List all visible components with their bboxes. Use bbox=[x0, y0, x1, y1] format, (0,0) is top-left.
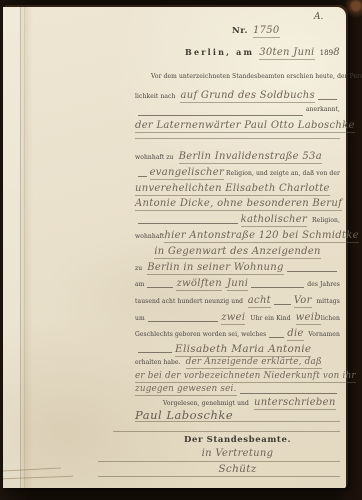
hour-handwritten: zwei bbox=[221, 312, 245, 325]
presence-handwritten: in Gegenwart des Anzeigenden bbox=[154, 246, 321, 259]
residence-handwritten: Berlin Invalidenstraße 53a bbox=[179, 151, 322, 164]
month-handwritten: Juni bbox=[227, 278, 248, 291]
register-page: A. Nr. 1750 Berlin, am 30ten Juni 1898 V… bbox=[3, 7, 346, 488]
anerkannt-row: anerkannt, bbox=[135, 106, 340, 119]
blank-dash bbox=[240, 393, 337, 394]
corner-letter: A. bbox=[314, 12, 323, 22]
religion2-row: katholischer Religion, bbox=[135, 214, 340, 227]
rule-line bbox=[113, 431, 340, 432]
registrar-title: Der Standesbeamte. bbox=[184, 435, 291, 445]
vornamen-printed: Vornamen bbox=[308, 331, 340, 338]
sex-handwritten: weib bbox=[296, 312, 321, 325]
signature-row: Paul Laboschke bbox=[135, 408, 340, 421]
registrar-title-row: Der Standesbeamte. bbox=[135, 435, 340, 448]
presence-row: in Gegenwart des Anzeigenden bbox=[135, 246, 340, 259]
geschlecht-row: Geschlechts geboren worden sei, welches … bbox=[135, 328, 340, 341]
wohnhaft-zu-label: wohnhaft zu bbox=[135, 154, 174, 161]
blank-dash bbox=[269, 337, 284, 338]
birthday-row: am zwölften Juni des Jahres bbox=[135, 278, 340, 291]
note2-handwritten: er bei der vorbezeichneten Niederkunft v… bbox=[135, 371, 356, 383]
residence-row: wohnhaft zu Berlin Invalidenstraße 53a bbox=[135, 151, 340, 164]
closing-printed: Vorgelesen, genehmigt und bbox=[163, 400, 249, 407]
religion2-handwritten: katholischer bbox=[241, 214, 307, 227]
day-handwritten: zwölften bbox=[176, 278, 222, 291]
birthplace-handwritten: Berlin in seiner Wohnung bbox=[147, 262, 283, 275]
meridiem-printed: mittags bbox=[316, 298, 340, 305]
child-name-row: Elisabeth Maria Antonie bbox=[135, 343, 340, 356]
article-handwritten: die bbox=[287, 328, 303, 341]
religion1-printed: Religion, und zeigte an, daß von der bbox=[226, 170, 340, 177]
blank-dash bbox=[138, 352, 172, 353]
religion1-handwritten: evangelischer bbox=[150, 167, 224, 180]
um-label: um bbox=[135, 315, 145, 322]
year-words-printed: tausend acht hundert neunzig und bbox=[135, 298, 243, 305]
mother-residence-row: wohnhaft hier Antonstraße 120 bei Schmid… bbox=[135, 230, 340, 243]
des-jahres-label: des Jahres bbox=[307, 281, 340, 288]
blank-dash bbox=[287, 271, 337, 272]
scanned-register-photo: A. Nr. 1750 Berlin, am 30ten Juni 1898 V… bbox=[0, 0, 362, 500]
blank-dash bbox=[138, 115, 303, 116]
declarant-row: der Laternenwärter Paul Otto Laboschke bbox=[135, 120, 340, 133]
page-edge-line-2 bbox=[24, 7, 25, 488]
date-row: Berlin, am 30ten Juni 1898 bbox=[185, 47, 340, 60]
note-row-2: er bei der vorbezeichneten Niederkunft v… bbox=[135, 371, 340, 384]
geschlechts-printed: Geschlechts geboren worden sei, welches bbox=[135, 331, 266, 338]
religion1-row: evangelischer Religion, und zeigte an, d… bbox=[135, 167, 340, 180]
registrar-signature-row: Schütz bbox=[135, 463, 340, 476]
zu-label: zu bbox=[135, 265, 142, 272]
am-label: am bbox=[135, 281, 144, 288]
corner-mark-row: A. bbox=[314, 12, 334, 25]
mother-name-2-handwritten: Antonie Dicke, ohne besonderen Beruf bbox=[135, 198, 342, 211]
mother-name-1-handwritten: unverehelichten Elisabeth Charlotte bbox=[135, 183, 330, 196]
declarant-signature: Paul Laboschke bbox=[135, 408, 233, 422]
deputy-handwritten: in Vertretung bbox=[202, 448, 274, 459]
uhr-kind-printed: Uhr ein Kind bbox=[250, 315, 290, 322]
anerkannt-label: anerkannt, bbox=[306, 106, 340, 113]
note-row-3: zugegen gewesen sei. bbox=[135, 384, 340, 397]
deputy-row: in Vertretung bbox=[135, 448, 340, 461]
rule-line bbox=[98, 461, 340, 462]
note1-handwritten: der Anzeigende erklärte, daß bbox=[186, 357, 322, 369]
mother-residence-handwritten: hier Antonstraße 120 bei Schmidtke bbox=[164, 230, 358, 243]
wohnhaft-label: wohnhaft bbox=[135, 233, 164, 240]
identification-handwritten: auf Grund des Soldbuchs bbox=[180, 90, 315, 103]
intro-row-1: Vor dem unterzeichneten Standesbeamten e… bbox=[135, 73, 340, 86]
birthhour-row: um zwei Uhr ein Kind weib lichen bbox=[135, 312, 340, 325]
year-printed: 189 bbox=[320, 49, 334, 57]
note-row-1: erhalten habe. der Anzeigende erklärte, … bbox=[135, 357, 340, 370]
intro-line-1: Vor dem unterzeichneten Standesbeamten e… bbox=[151, 73, 362, 80]
note3-handwritten: zugegen gewesen sei. bbox=[135, 384, 237, 396]
blank-dash bbox=[147, 287, 173, 288]
intro-row-2: lichkeit nach auf Grund des Soldbuchs bbox=[135, 90, 340, 103]
nr-label: Nr. bbox=[232, 26, 248, 36]
intro-line-2: lichkeit nach bbox=[135, 93, 175, 100]
city-label: Berlin, am bbox=[185, 47, 254, 57]
page-gutter-shading bbox=[3, 7, 33, 488]
mother-row-2: Antonie Dicke, ohne besonderen Beruf bbox=[135, 198, 340, 211]
blank-dash bbox=[148, 321, 218, 322]
rule-line bbox=[135, 138, 340, 139]
declarant-handwritten: der Laternenwärter Paul Otto Laboschke bbox=[135, 120, 355, 133]
blank-dash bbox=[251, 287, 304, 288]
sex-printed: lichen bbox=[321, 315, 340, 322]
page-edge-line bbox=[20, 7, 21, 488]
birthplace-row: zu Berlin in seiner Wohnung bbox=[135, 262, 340, 275]
religion2-printed: Religion, bbox=[312, 217, 340, 224]
birthyear-row: tausend acht hundert neunzig und acht Vo… bbox=[135, 295, 340, 308]
year-words-handwritten: acht bbox=[248, 295, 271, 308]
mother-row-1: unverehelichten Elisabeth Charlotte bbox=[135, 183, 340, 196]
rule-line bbox=[98, 476, 340, 477]
year-handwritten: 8 bbox=[333, 47, 340, 58]
blank-dash bbox=[138, 176, 147, 177]
meridiem-handwritten: Vor bbox=[294, 295, 312, 308]
date-handwritten: 30ten Juni bbox=[259, 47, 314, 60]
record-number-row: Nr. 1750 bbox=[232, 25, 340, 38]
child-name-handwritten: Elisabeth Maria Antonie bbox=[175, 343, 311, 357]
nr-value-handwritten: 1750 bbox=[253, 25, 280, 38]
blank-dash bbox=[318, 99, 337, 100]
rule-line bbox=[135, 421, 340, 422]
registrar-signature: Schütz bbox=[218, 463, 256, 475]
erhalten-printed: erhalten habe. bbox=[135, 359, 181, 366]
blank-dash bbox=[274, 304, 291, 305]
blank-dash bbox=[138, 223, 238, 224]
